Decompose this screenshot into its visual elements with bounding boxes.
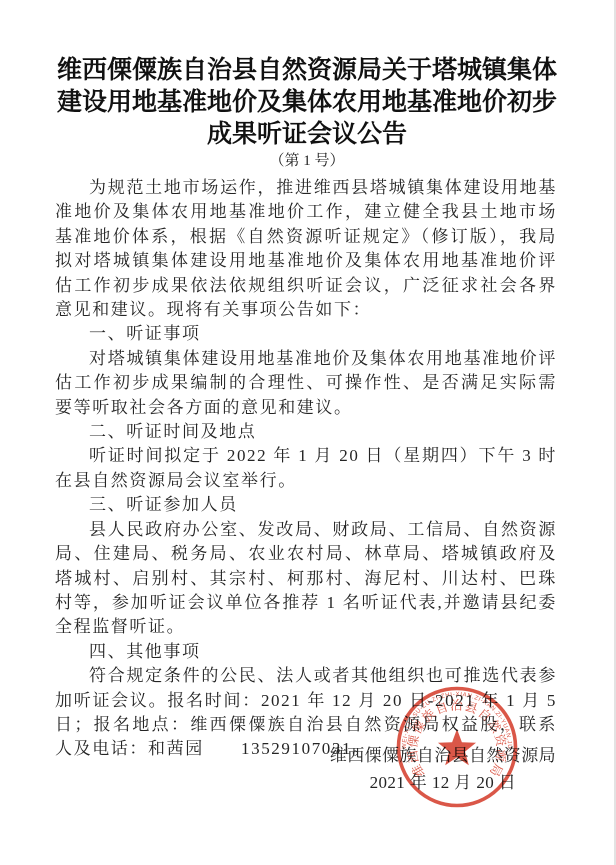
document-body: 为规范土地市场运作，推进维西县塔城镇集体建设用地基准地价及集体农用地基准地价工作… (55, 176, 557, 762)
title-line-3: 成果听证会议公告 (0, 118, 614, 150)
signature-date: 2021 年 12 月 20 日 (330, 769, 556, 796)
signature-org: 维西傈僳族自治县自然资源局 (330, 742, 556, 769)
doc-number: （第 1 号） (0, 150, 614, 173)
paragraph-section-1: 对塔城镇集体建设用地基准地价及集体农用地基准地价评估工作初步成果编制的合理性、可… (55, 347, 557, 420)
paragraph-section-2: 听证时间拟定于 2022 年 1 月 20 日（星期四）下午 3 时在县自然资源… (55, 444, 557, 493)
announcement-page: 维西傈僳族自治县自然资源局关于塔城镇集体 建设用地基准地价及集体农用地基准地价初… (0, 0, 616, 865)
section-heading-3: 三、听证参加人员 (55, 493, 557, 517)
title-line-2: 建设用地基准地价及集体农用地基准地价初步 (0, 86, 614, 118)
paragraph-section-3: 县人民政府办公室、发改局、财政局、工信局、自然资源局、住建局、税务局、农业农村局… (55, 518, 557, 640)
title-line-1: 维西傈僳族自治县自然资源局关于塔城镇集体 (0, 54, 614, 86)
section-heading-2: 二、听证时间及地点 (55, 420, 557, 444)
signature-block: 维西傈僳族自治县自然资源局 2021 年 12 月 20 日 (330, 742, 556, 796)
paragraph-intro: 为规范土地市场运作，推进维西县塔城镇集体建设用地基准地价及集体农用地基准地价工作… (55, 176, 557, 322)
document-title: 维西傈僳族自治县自然资源局关于塔城镇集体 建设用地基准地价及集体农用地基准地价初… (0, 0, 614, 150)
section-heading-1: 一、听证事项 (55, 322, 557, 346)
section-heading-4: 四、其他事项 (55, 640, 557, 664)
